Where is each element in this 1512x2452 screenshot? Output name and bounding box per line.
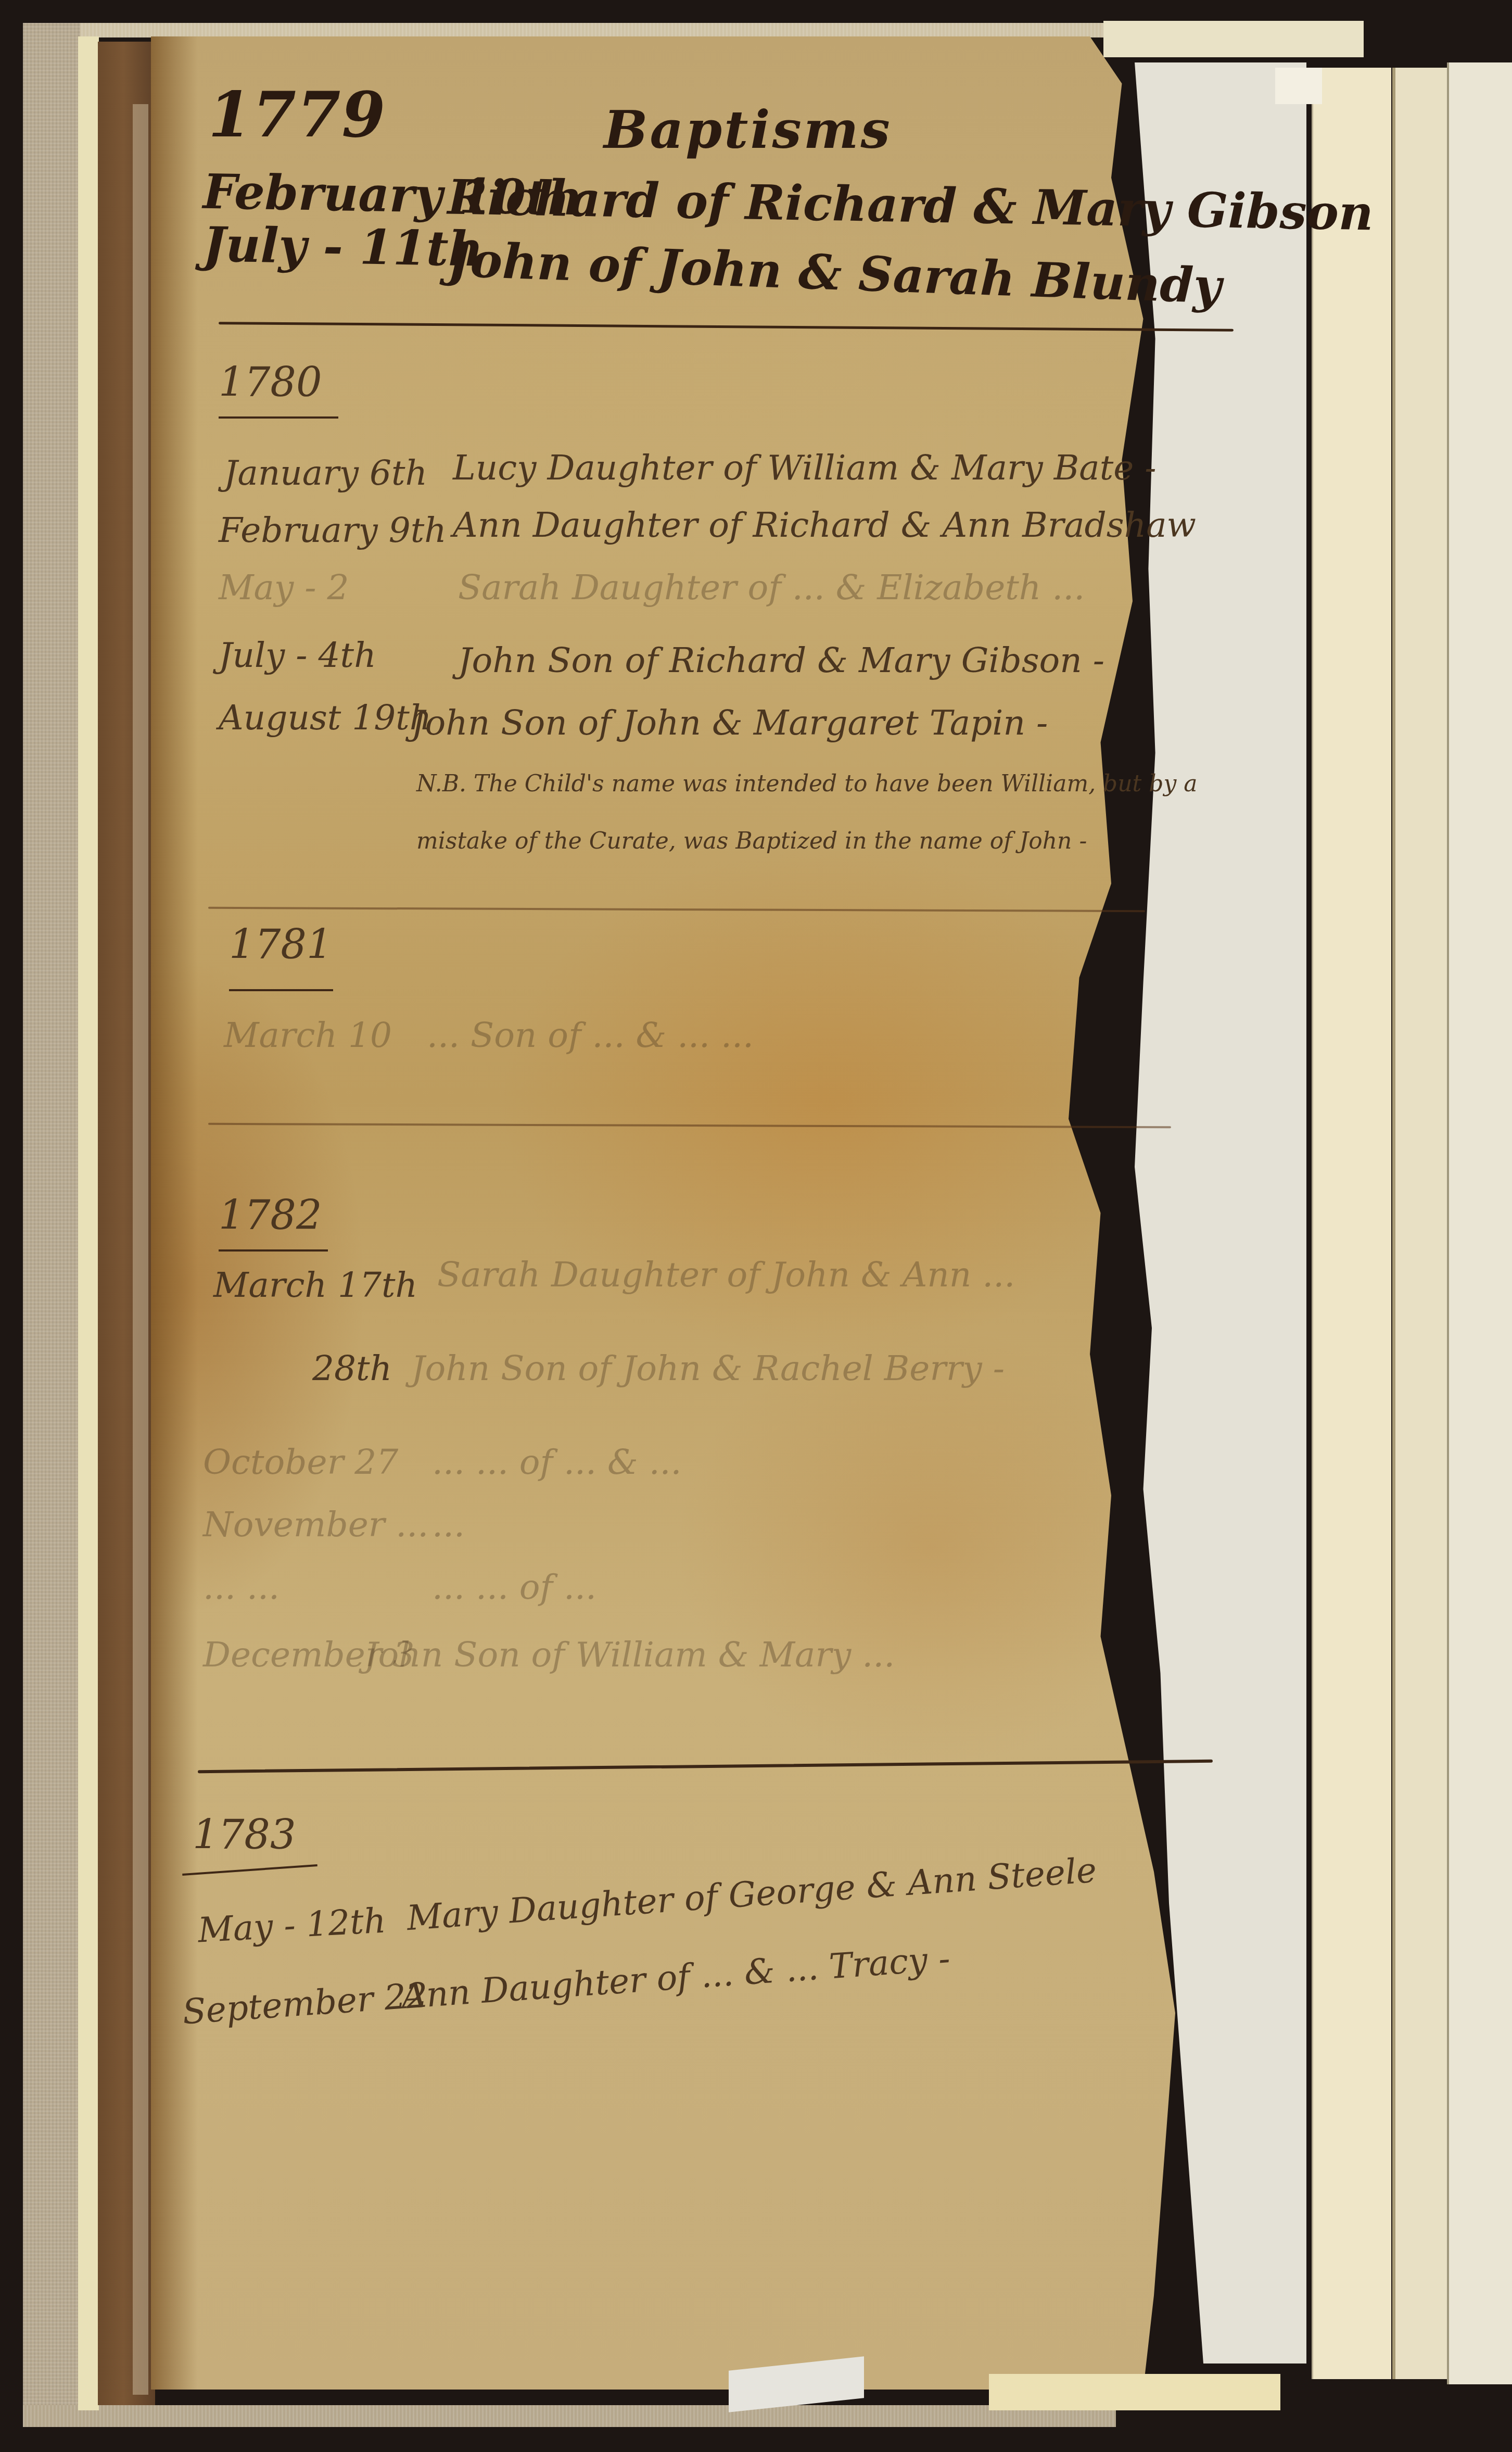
year-heading: 1779	[208, 78, 386, 151]
top-paper-strip	[1103, 21, 1364, 57]
entry-text: John Son of John & Rachel Berry -	[411, 1348, 1005, 1388]
entry-text: Sarah Daughter of John & Ann ...	[437, 1255, 1015, 1295]
stub-edge	[133, 104, 148, 2395]
entry-date: 28th	[312, 1348, 392, 1388]
entry-text: Ann Daughter of Richard & Ann Bradshaw	[453, 505, 1196, 545]
entry-date: March 17th	[213, 1265, 417, 1305]
year-underline	[219, 1249, 328, 1252]
entry-text: John Son of Richard & Mary Gibson -	[458, 640, 1104, 680]
note-line: N.B. The Child's name was intended to ha…	[416, 770, 1198, 797]
following-leaf-1	[1312, 68, 1391, 2379]
binding-cloth-left	[23, 23, 80, 2407]
entry-text: ...	[432, 1505, 465, 1545]
entry-text: John Son of John & Margaret Tapin -	[411, 703, 1048, 743]
entry-text: ... Son of ... & ... ...	[427, 1015, 754, 1055]
year-underline	[229, 989, 333, 991]
entry-date: ... ...	[203, 1567, 279, 1607]
entry-date: February 9th	[219, 510, 447, 550]
entry-text: ... ... of ...	[432, 1567, 596, 1607]
year-heading: 1782	[219, 1192, 322, 1239]
repair-tab	[1275, 68, 1322, 104]
following-leaf-3	[1447, 62, 1512, 2384]
page-title: Baptisms	[604, 99, 892, 160]
note-line: mistake of the Curate, was Baptized in t…	[416, 828, 1087, 854]
binding-cloth-bottom	[23, 2405, 1116, 2427]
entry-date: August 19th	[219, 698, 431, 738]
entry-date: October 27	[203, 1442, 398, 1482]
entry-date: November ...	[203, 1505, 428, 1545]
entry-text: ... ... of ... & ...	[432, 1442, 682, 1482]
leaf-stain	[151, 36, 198, 2390]
year-heading: 1780	[219, 359, 322, 406]
bottom-paper-strip	[989, 2374, 1280, 2410]
entry-text: Lucy Daughter of William & Mary Bate -	[453, 448, 1157, 488]
year-heading: 1781	[229, 921, 333, 968]
year-heading: 1783	[193, 1812, 296, 1859]
entry-text: Sarah Daughter of ... & Elizabeth ...	[458, 567, 1085, 608]
year-underline	[219, 416, 338, 419]
entry-text: John Son of William & Mary ...	[364, 1635, 895, 1675]
following-leaf-2	[1392, 68, 1447, 2379]
guard-strip	[78, 36, 99, 2410]
entry-date: January 6th	[224, 453, 427, 493]
entry-date: July - 4th	[219, 635, 376, 675]
entry-date: March 10	[224, 1015, 392, 1055]
entry-date: July - 11th	[202, 216, 484, 277]
entry-date: May - 2	[219, 567, 349, 608]
